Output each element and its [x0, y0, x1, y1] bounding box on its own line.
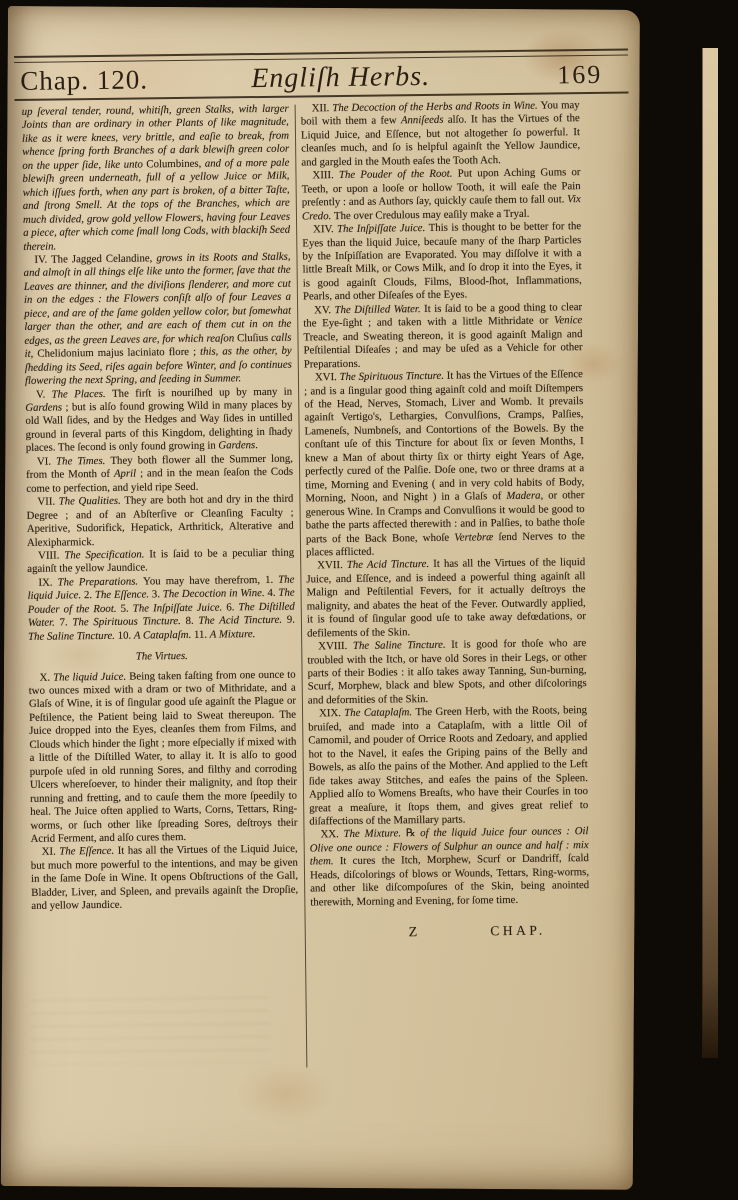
- roman-text: XIX.: [319, 707, 344, 719]
- italic-text: The Specification.: [64, 548, 149, 561]
- roman-text: 5.: [121, 602, 133, 614]
- chapter-label: Chap. 120.: [20, 64, 148, 97]
- roman-text: 7.: [60, 617, 73, 629]
- paragraph: X. The liquid Juice. Being taken faſting…: [29, 668, 298, 846]
- roman-text: 9.: [287, 614, 295, 626]
- italic-text: Anniſeeds: [401, 114, 444, 127]
- running-title: Engliſh Herbs.: [251, 61, 430, 95]
- italic-text: The Mixture.: [344, 828, 406, 841]
- italic-text: The Eſſence.: [95, 589, 152, 602]
- italic-text: Vertebræ: [454, 531, 493, 543]
- italic-text: The Inſpiſſate Juice.: [337, 222, 429, 235]
- roman-text: .: [255, 439, 258, 451]
- section-heading: The Virtues.: [28, 649, 295, 666]
- italic-text: The Saline Tincture.: [28, 629, 118, 642]
- roman-text: XI.: [42, 846, 60, 858]
- italic-text: The Saline Tincture.: [353, 639, 451, 652]
- paragraph: XVI. The Spirituous Tincture. It has the…: [304, 368, 585, 560]
- italic-text: The Cataplaſm.: [344, 707, 415, 720]
- roman-text: VIII.: [38, 549, 64, 561]
- italic-text: April: [114, 468, 136, 480]
- roman-text: X.: [40, 671, 54, 683]
- roman-text: 8.: [186, 615, 199, 627]
- roman-text: 3.: [152, 589, 163, 601]
- roman-text: ℞: [406, 828, 421, 840]
- roman-text: The over Credulous may eaſily make a Try…: [334, 207, 530, 221]
- fore-edge-pages: [637, 14, 722, 1172]
- italic-text: The Inſpiſſate Juice.: [133, 601, 227, 614]
- italic-text: The Decoction of the Herbs and Roots in …: [332, 100, 540, 115]
- roman-text: Chelidonium majus laciniato flore ;: [37, 346, 200, 360]
- italic-text: The Acid Tincture.: [347, 558, 434, 571]
- roman-text: XV.: [314, 304, 335, 316]
- italic-text: The Diſtilled Water.: [334, 303, 424, 316]
- left-column-paragraphs: up ſeveral tender, round, whitiſh, green…: [22, 103, 299, 914]
- text-columns: up ſeveral tender, round, whitiſh, green…: [15, 98, 641, 1070]
- paragraph: XV. The Diſtilled Water. It is ſaid to b…: [303, 301, 583, 372]
- italic-text: The liquid Juice.: [53, 670, 129, 683]
- fore-edge-highlight: [702, 48, 718, 1058]
- paragraph: XX. The Mixture. ℞ of the liquid Juice f…: [309, 826, 589, 910]
- signature-mark: Z: [409, 926, 418, 940]
- roman-text: 2.: [84, 589, 95, 601]
- book-photo: Chap. 120. Engliſh Herbs. 169 up ſeveral…: [0, 0, 738, 1200]
- paragraph: XI. The Eſſence. It has all the Virtues …: [31, 843, 299, 914]
- roman-text: VII.: [37, 496, 58, 508]
- roman-text: Cluſius: [237, 332, 271, 344]
- roman-text: XX.: [320, 829, 343, 841]
- italic-text: The Qualities.: [59, 495, 125, 508]
- italic-text: The Virtues.: [136, 650, 188, 663]
- roman-text: 4.: [267, 587, 278, 599]
- roman-text: It cures the Itch, Morphew, Scurf or Dan…: [310, 852, 589, 908]
- roman-text: VI.: [37, 455, 56, 467]
- roman-text: XVIII.: [318, 640, 353, 652]
- paragraph: XIII. The Pouder of the Root. Put upon A…: [301, 166, 581, 223]
- paragraph: VII. The Qualities. They are both hot an…: [26, 493, 294, 550]
- paragraph: XVII. The Acid Tincture. It has all the …: [306, 556, 586, 640]
- paragraph: XII. The Decoction of the Herbs and Root…: [301, 99, 581, 170]
- roman-text: You may have therefrom, 1.: [143, 574, 278, 588]
- page-number: 169: [557, 60, 602, 91]
- italic-text: The Times.: [56, 455, 110, 468]
- italic-text: A Mixture.: [210, 628, 256, 641]
- paragraph: VI. The Times. They both flower all the …: [26, 452, 293, 496]
- roman-text: XVII.: [317, 559, 347, 571]
- roman-text: XIV.: [313, 223, 337, 235]
- italic-text: Gardens: [25, 401, 62, 413]
- roman-text: XIII.: [312, 169, 339, 181]
- roman-text: V.: [36, 388, 52, 400]
- roman-text: IV. The Jagged Celandine,: [34, 252, 156, 265]
- italic-text: The Places.: [52, 387, 113, 400]
- roman-text: The Green Herb, with the Roots, being br…: [308, 704, 588, 827]
- roman-text: Being taken faſting from one ounce to tw…: [29, 668, 298, 845]
- italic-text: The Decoction in Wine.: [163, 587, 268, 600]
- italic-text: A Cataplaſm.: [134, 629, 194, 642]
- paragraph: XVIII. The Saline Tincture. It is good f…: [307, 637, 587, 708]
- right-column: XII. The Decoction of the Herbs and Root…: [301, 99, 592, 1067]
- italic-text: Venice: [554, 314, 582, 326]
- italic-text: Gardens: [218, 439, 255, 451]
- italic-text: Madera: [506, 490, 540, 502]
- roman-text: XVI.: [315, 371, 340, 383]
- roman-text: The firſt is nouriſhed up by many in: [112, 385, 292, 399]
- paragraph: V. The Places. The firſt is nouriſhed up…: [25, 385, 293, 456]
- italic-text: The Spirituous Tincture.: [340, 370, 447, 383]
- roman-text: Columbines,: [146, 158, 201, 171]
- paragraph: XIV. The Inſpiſſate Juice. This is thoug…: [302, 220, 582, 304]
- roman-text: 6.: [226, 601, 238, 613]
- italic-text: The Acid Tincture.: [198, 614, 286, 627]
- italic-text: The Eſſence.: [59, 845, 117, 858]
- roman-text: XII.: [312, 102, 333, 114]
- page-footer: Z CHAP.: [311, 923, 590, 941]
- paragraph: up ſeveral tender, round, whitiſh, green…: [22, 103, 291, 254]
- paragraph: IX. The Preparations. You may have there…: [27, 573, 295, 644]
- left-column: up ſeveral tender, round, whitiſh, green…: [22, 103, 301, 1071]
- italic-text: The Pouder of the Root.: [339, 168, 458, 181]
- paragraph: IV. The Jagged Celandine, grows in its R…: [23, 251, 292, 389]
- italic-text: The Preparations.: [58, 575, 144, 588]
- right-column-paragraphs: XII. The Decoction of the Herbs and Root…: [301, 99, 590, 910]
- catchword: CHAP.: [490, 924, 546, 938]
- paragraph: XIX. The Cataplaſm. The Green Herb, with…: [308, 704, 588, 828]
- roman-text: It has the Virtues of the Eſſence ; and …: [304, 368, 584, 504]
- italic-text: The Spirituous Tincture.: [72, 615, 185, 628]
- roman-text: 11.: [194, 628, 210, 640]
- roman-text: Treacle, and Sweating thereon, it is goo…: [303, 328, 582, 370]
- roman-text: 10.: [118, 629, 134, 641]
- page-content: Chap. 120. Engliſh Herbs. 169 up ſeveral…: [14, 48, 640, 1070]
- roman-text: IX.: [38, 576, 57, 588]
- paragraph: VIII. The Specification. It is ſaid to b…: [27, 547, 294, 577]
